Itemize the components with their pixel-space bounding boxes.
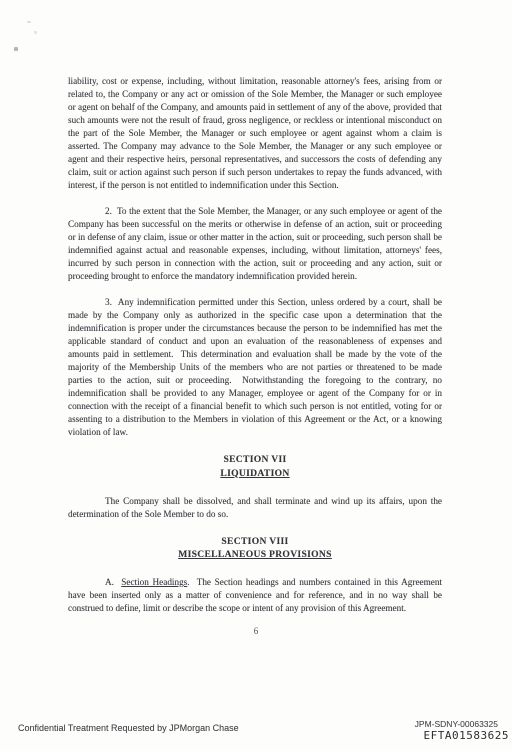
paragraph-liquidation: The Company shall be dissolved, and shal…	[68, 495, 442, 521]
scan-speckle	[34, 31, 37, 34]
section-viii-heading: SECTION VIII MISCELLANEOUS PROVISIONS	[68, 535, 442, 562]
paragraph-3-indemnification-authorization: 3. Any indemnification permitted under t…	[68, 296, 442, 439]
confidential-treatment-stamp: Confidential Treatment Requested by JPMo…	[18, 723, 239, 733]
section-vii-heading: SECTION VII LIQUIDATION	[68, 453, 442, 480]
section-vii-subtitle: LIQUIDATION	[68, 467, 442, 480]
scan-speckle	[27, 21, 31, 23]
scan-speckle	[14, 47, 18, 51]
section-viii-title: SECTION VIII	[68, 535, 442, 548]
paragraph-2-successful-defense: 2. To the extent that the Sole Member, t…	[68, 205, 442, 283]
document-page: liability, cost or expense, including, w…	[0, 0, 512, 751]
bates-number-jpm-sdny: JPM-SDNY-00063325	[415, 719, 498, 729]
document-body: liability, cost or expense, including, w…	[68, 75, 442, 628]
bates-number-efta: EFTA01583625	[424, 729, 509, 742]
paragraph-a-label: A.	[105, 577, 121, 587]
paragraph-a-lead-in: Section Headings	[121, 577, 187, 587]
page-number: 6	[0, 626, 512, 636]
paragraph-a-section-headings: A. Section Headings. The Section heading…	[68, 576, 442, 615]
section-vii-title: SECTION VII	[68, 453, 442, 466]
section-viii-subtitle: MISCELLANEOUS PROVISIONS	[68, 548, 442, 561]
paragraph-indemnification-continuation: liability, cost or expense, including, w…	[68, 75, 442, 192]
